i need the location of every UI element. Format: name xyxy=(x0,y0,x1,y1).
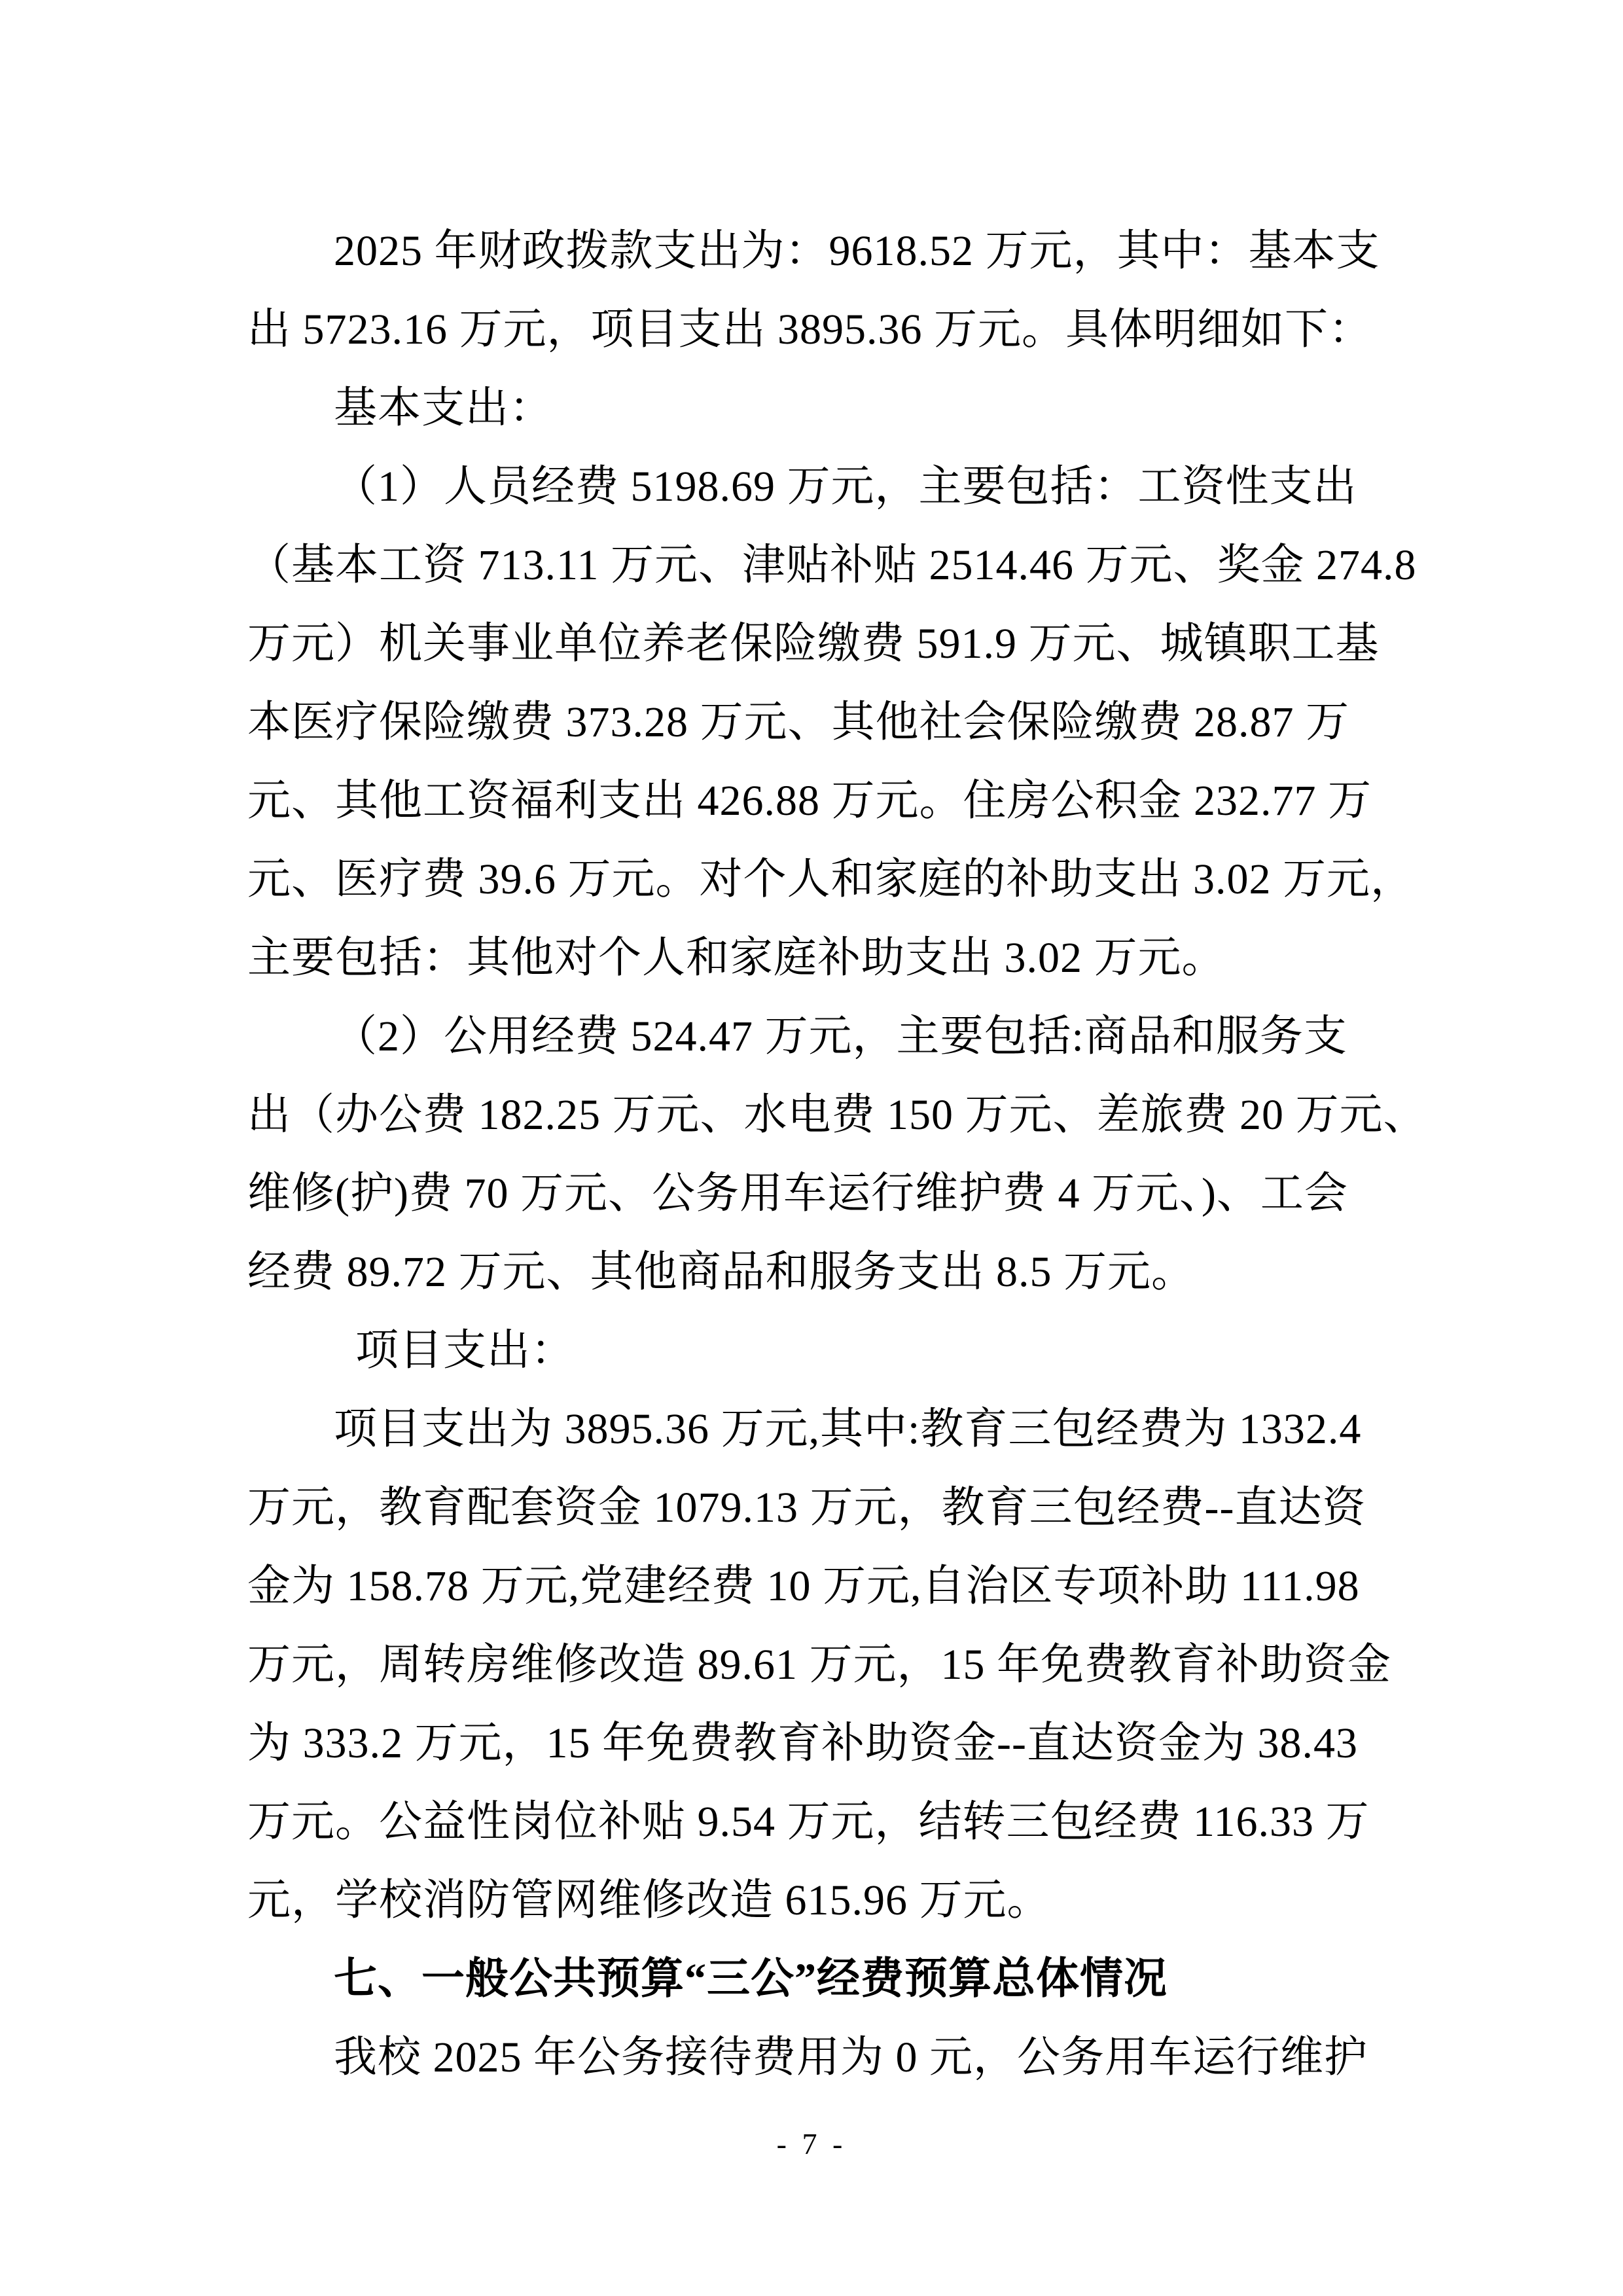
text-line: 本医疗保险缴费 373.28 万元、其他社会保险缴费 28.87 万 xyxy=(247,683,1378,762)
text-line: （1）人员经费 5198.69 万元，主要包括：工资性支出 xyxy=(247,448,1378,526)
text-line: 项目支出： xyxy=(247,1312,1378,1390)
text-line: （基本工资 713.11 万元、津贴补贴 2514.46 万元、奖金 274.8 xyxy=(247,526,1378,605)
text-line: 项目支出为 3895.36 万元,其中:教育三包经费为 1332.4 xyxy=(247,1390,1378,1469)
text-line: （2）公用经费 524.47 万元，主要包括:商品和服务支 xyxy=(247,997,1378,1076)
text-line: 万元，教育配套资金 1079.13 万元，教育三包经费--直达资 xyxy=(247,1469,1378,1547)
text-line: 经费 89.72 万元、其他商品和服务支出 8.5 万元。 xyxy=(247,1233,1378,1312)
text-line: 主要包括：其他对个人和家庭补助支出 3.02 万元。 xyxy=(247,919,1378,997)
page-number: - 7 - xyxy=(0,2125,1623,2164)
text-line: 出（办公费 182.25 万元、水电费 150 万元、差旅费 20 万元、 xyxy=(247,1076,1378,1155)
document-page: 2025 年财政拨款支出为：9618.52 万元，其中：基本支 出 5723.1… xyxy=(0,0,1623,2296)
text-line: 出 5723.16 万元，项目支出 3895.36 万元。具体明细如下： xyxy=(247,291,1378,369)
text-line: 元，学校消防管网维修改造 615.96 万元。 xyxy=(247,1861,1378,1940)
text-line: 元、医疗费 39.6 万元。对个人和家庭的补助支出 3.02 万元， xyxy=(247,840,1378,919)
text-line: 为 333.2 万元，15 年免费教育补助资金--直达资金为 38.43 xyxy=(247,1704,1378,1783)
text-line: 2025 年财政拨款支出为：9618.52 万元，其中：基本支 xyxy=(247,212,1378,291)
text-line: 万元）机关事业单位养老保险缴费 591.9 万元、城镇职工基 xyxy=(247,605,1378,683)
text-line: 万元，周转房维修改造 89.61 万元，15 年免费教育补助资金 xyxy=(247,1626,1378,1704)
text-line: 元、其他工资福利支出 426.88 万元。住房公积金 232.77 万 xyxy=(247,762,1378,840)
text-line: 基本支出： xyxy=(247,369,1378,448)
text-line: 万元。公益性岗位补贴 9.54 万元，结转三包经费 116.33 万 xyxy=(247,1783,1378,1861)
section-heading: 七、一般公共预算“三公”经费预算总体情况 xyxy=(247,1940,1378,2018)
text-line: 维修(护)费 70 万元、公务用车运行维护费 4 万元、)、工会 xyxy=(247,1155,1378,1233)
body-text: 2025 年财政拨款支出为：9618.52 万元，其中：基本支 出 5723.1… xyxy=(247,212,1378,2097)
text-line: 金为 158.78 万元,党建经费 10 万元,自治区专项补助 111.98 xyxy=(247,1547,1378,1626)
text-line: 我校 2025 年公务接待费用为 0 元，公务用车运行维护 xyxy=(247,2018,1378,2097)
